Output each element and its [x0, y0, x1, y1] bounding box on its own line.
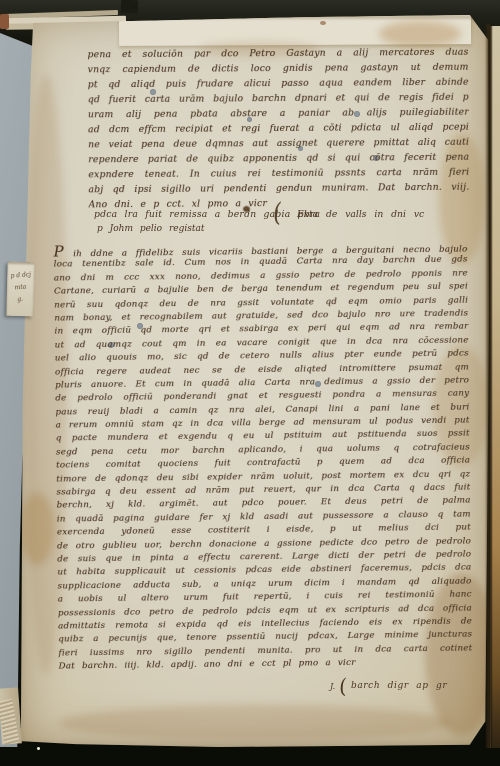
- spine-fragment: [0, 14, 9, 29]
- manuscript-page: pena et soluciōn par dco Petro Gastayn a…: [19, 15, 490, 747]
- binding-tab: [121, 0, 139, 13]
- sent-note-line2: p Johm pelio registat: [97, 224, 204, 234]
- margin-slip: p d dcjmtag.: [6, 262, 34, 317]
- paragraph-1: pena et soluciōn par dco Petro Gastayn a…: [87, 45, 469, 213]
- margin-note-line: g.: [6, 293, 34, 307]
- manuscript-photo: pena et soluciōn par dco Petro Gastayn a…: [0, 0, 500, 766]
- stain: [379, 21, 461, 47]
- closing-prefix: J.: [330, 682, 335, 691]
- stain: [59, 705, 451, 741]
- stain-spot: [320, 21, 326, 25]
- bracket-flourish: (: [338, 677, 348, 696]
- sent-note-annotation: Exta de valls in dni vc: [297, 209, 487, 220]
- paragraph-2: P ih ddne a ffidelibz suis vicariis bast…: [53, 240, 472, 674]
- dust-speck: [37, 747, 40, 750]
- stain: [19, 493, 55, 565]
- closing-signature: barch digr ap gr: [351, 681, 447, 691]
- gutter-seam-shadow: [485, 24, 492, 748]
- notarial-closing-mark: J. ( barch digr ap gr: [330, 677, 447, 695]
- sent-note: pdca lra fuit remissa a berdn gabia pbra: [94, 209, 320, 220]
